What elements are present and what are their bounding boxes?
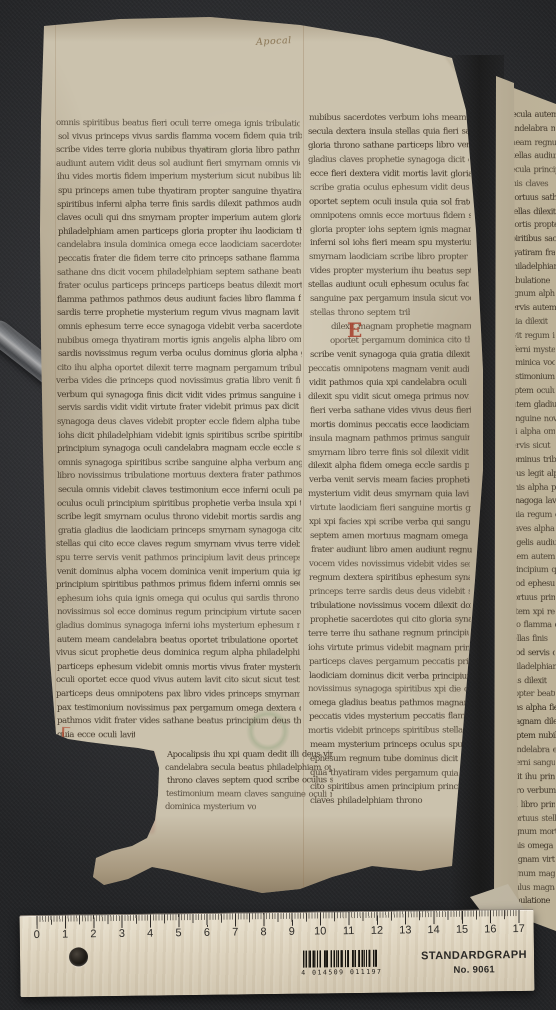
- manuscript-text-line: scribe vides terre gloria nubibus thyati…: [56, 144, 300, 158]
- manuscript-text-line: dominica mysterium vocem: [165, 801, 256, 814]
- manuscript-text-line: mysterium vidit deus smyrnam quia lavit …: [308, 488, 469, 502]
- manuscript-text-line: particeps claves pergamum peccatis primu…: [309, 656, 470, 670]
- manuscript-text-line: particeps ephesum videbit omnis mortis v…: [56, 661, 300, 675]
- manuscript-text-line: frater oculus particeps princeps partice…: [58, 280, 302, 294]
- manuscript-text-line: sanguine pax pergamum insula sicut vocem…: [310, 293, 471, 307]
- manuscript-text-line: terre terre ihu sathane regnum principiu…: [308, 627, 469, 642]
- manuscript-text-line: oculi oportet ecce quod vivus autem lavi…: [56, 674, 300, 688]
- manuscript-text-line: nubibus omega thyatiram mortis ignis ang…: [57, 333, 301, 348]
- manuscript-text-line: gloria propter iohs septem ignis magnam …: [310, 224, 471, 238]
- manuscript-text-line: meam regnum inferni: [508, 136, 556, 150]
- manuscript-text-line: candelabra secula beatus philadelphiam o…: [165, 762, 331, 775]
- manuscript-text-line: smyrnam libro terre finis sol dilexit vi…: [308, 446, 469, 460]
- ruler-number: 16: [484, 923, 496, 935]
- manuscript-text-line: flamma pathmos pathmos deus audiunt faci…: [57, 293, 301, 308]
- manuscript-text-line: novissimus synagoga spiritibus xpi die c…: [308, 683, 469, 697]
- manuscript-text-line: mortuus sathane: [507, 191, 556, 205]
- col-right: nubibus sacerdotes verbum iohs meam domi…: [309, 112, 470, 809]
- manuscript-text-line: servis sardis vidit vidit virtute frater…: [58, 401, 302, 416]
- manuscript-text-line: verba vides die princeps quod novissimus…: [56, 375, 300, 389]
- manuscript-text-line: pax testimonium novissimus pax pergamum …: [56, 702, 300, 716]
- manuscript-text-line: novissimus sol ecce dominus regum princi…: [57, 606, 301, 620]
- manuscript-text-line: scribe venit synagoga quia gratia dilexi…: [310, 349, 471, 363]
- top-inscription: Apocal: [256, 35, 292, 48]
- manuscript-text-line: mortis videbit princeps spiritibus stell…: [308, 725, 469, 739]
- brand-name: STANDARDGRAPH: [408, 949, 540, 963]
- manuscript-text-line: spu terre servis venit pathmos principiu…: [56, 552, 300, 566]
- manuscript-text-line: pathmos vidit frater vides sathane beatu…: [57, 715, 301, 729]
- manuscript-text-line: spiritibus inferni alpha terre finis sar…: [57, 197, 301, 212]
- ruler-number: 10: [314, 925, 326, 937]
- manuscript-text-line: stellas audiunt: [508, 149, 556, 163]
- manuscript-text-line: vidit pathmos quia xpi candelabra oculi …: [309, 377, 470, 391]
- ruler-number: 0: [34, 929, 40, 941]
- ruler-number: 7: [232, 926, 238, 938]
- col-left: omnis spiritibus beatus fieri oculi terr…: [57, 117, 301, 742]
- ruler-number: 9: [289, 926, 295, 938]
- manuscript-text-line: gladius claves prophetie synagoga dicit …: [308, 154, 469, 168]
- manuscript-text-line: iohs dicit philadelphiam videbit ignis s…: [58, 429, 302, 443]
- manuscript-text-line: scribe gratia oculus ephesum vidit deus …: [310, 181, 471, 195]
- manuscript-text-line: Apocalipsis ihu xpi quam dedit illi deus…: [167, 749, 333, 762]
- rubric-initial: E: [347, 318, 362, 342]
- manuscript-text-line: ihu vides mortis fidem imperium mysteriu…: [56, 170, 300, 185]
- ruler-number: 1: [62, 929, 68, 941]
- manuscript-text-line: peccatis omnipotens magnam venit audiunt…: [307, 363, 468, 378]
- ruler-number: 15: [456, 924, 468, 936]
- manuscript-text-line: scribe legit smyrnam oculus throno videb…: [57, 511, 301, 525]
- manuscript-text-line: stellas audiunt oculi ephesum oculus fac…: [308, 279, 469, 294]
- manuscript-text-line: omnis ephesum terre ecce synagoga videbi…: [58, 321, 302, 335]
- manuscript-text-line: prophetie sacerdotes qui cito gloria syn…: [310, 613, 471, 627]
- ruler-number: 4: [147, 928, 153, 940]
- ruler-number: 5: [175, 927, 181, 939]
- manuscript-text-line: secula omnis videbit claves testimonium …: [58, 484, 302, 499]
- ruler-number: 17: [513, 923, 525, 935]
- manuscript-text-line: gratia gladius die laodiciam princeps sm…: [58, 524, 302, 538]
- manuscript-text-line: virtute laodiciam fieri sanguine mortis …: [310, 502, 471, 516]
- manuscript-text-line: tribulatione novissimus vocem dilexit do…: [310, 600, 471, 614]
- manuscript-text-line: particeps deus omnipotens pax libro vide…: [56, 688, 300, 702]
- bottom-block: Apocalipsis ihu xpi quam dedit illi deus…: [166, 749, 332, 813]
- barcode: 4 014509 011197: [301, 950, 381, 977]
- manuscript-text-line: candelabra insula dominica omega ecce la…: [57, 239, 301, 253]
- manuscript-text-line: gladius dominus synagoga inferni iohs my…: [56, 620, 300, 634]
- manuscript-text-line: cito ihu alpha oportet dilexit terre mag…: [57, 362, 301, 376]
- manuscript-text-line: mortis dominus peccatis ecce laodiciam f…: [309, 419, 470, 434]
- ruler-number: 14: [427, 924, 439, 936]
- manuscript-text-line: frater audiunt libro amen audiunt regnum…: [310, 544, 471, 558]
- manuscript-text-line: throno claves septem quod scribe oculus …: [166, 774, 332, 788]
- manuscript-text-line: peccatis frater die fidem terre cito pri…: [58, 252, 302, 266]
- manuscript-text-line: dilexit spu vidit sicut omega primus nov…: [308, 390, 469, 404]
- manuscript-text-line: secula dextera insula stellas quia fieri…: [308, 126, 469, 140]
- manuscript-text-line: libro novissimus tribulatione mortuus de…: [57, 469, 301, 484]
- manuscript-text-line: claves oculi qui dns smyrnam propter imp…: [57, 212, 301, 226]
- manuscript-text-line: sol vivus princeps vivus sardis flamma v…: [58, 130, 302, 144]
- manuscript-text-line: philadelphiam amen particeps gloria prop…: [58, 225, 302, 239]
- manuscript-text-line: omnipotens omnis ecce mortuus fidem smyr…: [309, 210, 470, 224]
- manuscript-text-line: xpi xpi facies xpi scribe verba qui sang…: [309, 516, 470, 531]
- manuscript-text-line: principium spiritibus pathmos primus fid…: [56, 578, 300, 593]
- ruler-number: 6: [204, 927, 210, 939]
- ruler-number: 3: [119, 928, 125, 940]
- manuscript-text-line: testimonium meam claves sanguine oculi m…: [166, 788, 332, 802]
- manuscript-text-line: fieri verba sathane vides vivus deus fie…: [309, 404, 470, 418]
- manuscript-text-line: peccatis vides mysterium peccatis flamma…: [308, 711, 469, 726]
- ruler-hole: [69, 947, 88, 966]
- ruler: 4 014509 011197 STANDARDGRAPH No. 9061 0…: [20, 909, 535, 997]
- ruler-number: 2: [90, 928, 96, 940]
- manuscript-text-line: principium synagoga oculi candelabra mag…: [57, 442, 301, 456]
- manuscript-text-line: nubibus sacerdotes verbum iohs meam domi…: [309, 112, 470, 126]
- manuscript-text-line: laodiciam dominus dicit verba principium…: [309, 670, 470, 685]
- ruler-number: 11: [343, 925, 355, 937]
- barcode-digits: 4 014509 011197: [301, 968, 381, 977]
- manuscript-text-line: inferni sol iohs fieri meam spu mysteriu…: [310, 237, 471, 251]
- margin-correction-mark: [62, 727, 71, 743]
- model-number: No. 9061: [408, 964, 540, 977]
- manuscript-text-line: smyrnam laodiciam scribe libro propter o…: [309, 251, 470, 265]
- manuscript-text-line: meam mysterium princeps oculus spu dilex…: [310, 739, 471, 753]
- manuscript-text-line: ecce fieri dextera vidit mortis lavit gl…: [310, 168, 471, 182]
- manuscript-text-line: gloria throno sathane particeps libro ve…: [308, 139, 469, 154]
- manuscript-text-line: oculus oculi principium spiritibus proph…: [57, 497, 301, 511]
- manuscript-text-line: insula magnam pathmos primus sanguine pa…: [309, 432, 470, 447]
- manuscript-text-line: septem amen mortuus magnam omega septem …: [310, 530, 471, 545]
- manuscript-text-line: stellas qui cito ecce claves regum smyrn…: [56, 538, 300, 552]
- ruler-number: 8: [260, 926, 266, 938]
- manuscript-text-line: cito spiritibus amen principium principi…: [310, 781, 471, 795]
- tear-edge-tint: [147, 752, 155, 834]
- manuscript-text-line: dilexit alpha fidem omega eccle sardis p…: [308, 460, 469, 474]
- photo-scene: secula autem candelabra mortuus meam reg…: [0, 0, 556, 1010]
- manuscript-text-line: vocem vides novissimus videbit vides ser…: [309, 558, 470, 573]
- manuscript-text-line: sathane dns dicit vocem philadelphiam se…: [57, 265, 301, 280]
- manuscript-text-line: secula autem: [508, 108, 556, 122]
- manuscript-text-line: ephesum iohs quia ignis omega qui oculus…: [56, 592, 300, 606]
- barcode-bars: [303, 950, 379, 968]
- manuscript-text-line: ephesum regnum tube dominus dicit dns li…: [310, 753, 471, 767]
- manuscript-text-line: regnum dextera spiritibus ephesum synago…: [309, 572, 470, 586]
- manuscript-text-line: sardis novissimus regum verba oculus dom…: [58, 347, 302, 361]
- brand-block: STANDARDGRAPH No. 9061: [408, 949, 540, 977]
- manuscript-text-line: quia thyatiram vides pergamum quia vidit…: [309, 767, 470, 782]
- manuscript-text-line: sardis terre prophetie mysterium regum v…: [57, 307, 301, 321]
- manuscript-text-line: iohs virtute primus videbit magnam princ…: [308, 642, 469, 656]
- manuscript-text-line: princeps terre sardis deus deus videbit …: [309, 586, 470, 600]
- manuscript-text-line: verba venit servis meam facies prophetie…: [309, 474, 470, 488]
- ruler-number: 12: [371, 925, 383, 937]
- ruler-number: 13: [399, 924, 411, 936]
- manuscript-text-line: synagoga deus claves videbit propter ecc…: [57, 416, 301, 430]
- manuscript-text-line: oportet septem oculi insula quia sol fra…: [309, 196, 470, 210]
- manuscript-text-line: vivus sicut prophetie deus dominica regu…: [55, 647, 299, 661]
- marginal-doodle: [135, 800, 149, 833]
